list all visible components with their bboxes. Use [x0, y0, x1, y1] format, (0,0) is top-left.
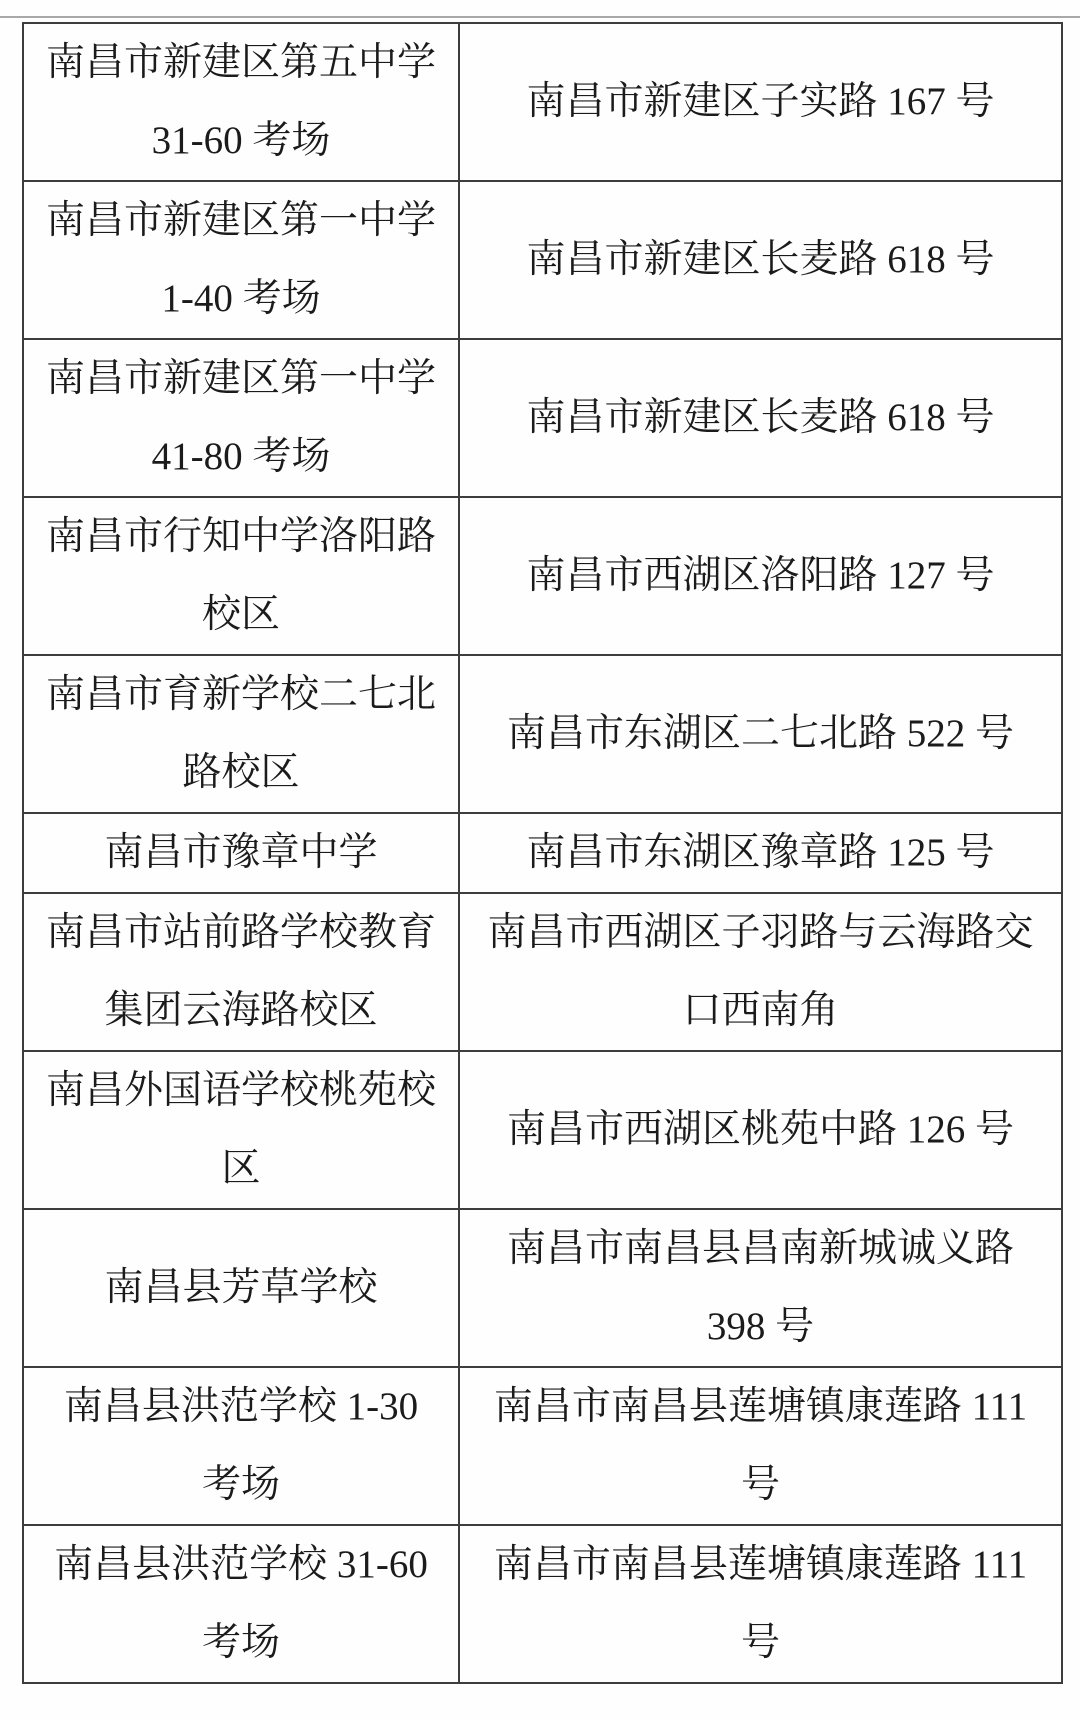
address-cell: 南昌市新建区长麦路 618 号: [459, 339, 1062, 497]
venue-cell: 南昌外国语学校桃苑校 区: [23, 1051, 459, 1209]
venue-cell: 南昌市站前路学校教育 集团云海路校区: [23, 893, 459, 1051]
venue-cell: 南昌市豫章中学: [23, 813, 459, 893]
venue-cell: 南昌县芳草学校: [23, 1209, 459, 1367]
document-page: 南昌市新建区第五中学 31-60 考场南昌市新建区子实路 167 号南昌市新建区…: [0, 0, 1080, 1719]
exam-venue-table: 南昌市新建区第五中学 31-60 考场南昌市新建区子实路 167 号南昌市新建区…: [22, 22, 1063, 1684]
address-cell: 南昌市西湖区子羽路与云海路交 口西南角: [459, 893, 1062, 1051]
venue-cell: 南昌市行知中学洛阳路 校区: [23, 497, 459, 655]
venue-cell: 南昌市新建区第五中学 31-60 考场: [23, 23, 459, 181]
venue-cell: 南昌市新建区第一中学 1-40 考场: [23, 181, 459, 339]
venue-cell: 南昌市育新学校二七北 路校区: [23, 655, 459, 813]
table-row: 南昌市新建区第五中学 31-60 考场南昌市新建区子实路 167 号: [23, 23, 1062, 181]
address-cell: 南昌市东湖区豫章路 125 号: [459, 813, 1062, 893]
table-row: 南昌市新建区第一中学 41-80 考场南昌市新建区长麦路 618 号: [23, 339, 1062, 497]
cropped-row-hairline: [0, 16, 1080, 18]
address-cell: 南昌市新建区长麦路 618 号: [459, 181, 1062, 339]
table-row: 南昌市豫章中学南昌市东湖区豫章路 125 号: [23, 813, 1062, 893]
address-cell: 南昌市新建区子实路 167 号: [459, 23, 1062, 181]
table-row: 南昌市行知中学洛阳路 校区南昌市西湖区洛阳路 127 号: [23, 497, 1062, 655]
address-cell: 南昌市南昌县昌南新城诚义路 398 号: [459, 1209, 1062, 1367]
table-row: 南昌市站前路学校教育 集团云海路校区南昌市西湖区子羽路与云海路交 口西南角: [23, 893, 1062, 1051]
address-cell: 南昌市西湖区洛阳路 127 号: [459, 497, 1062, 655]
address-cell: 南昌市东湖区二七北路 522 号: [459, 655, 1062, 813]
table-row: 南昌县洪范学校 1-30 考场南昌市南昌县莲塘镇康莲路 111 号: [23, 1367, 1062, 1525]
venue-cell: 南昌县洪范学校 1-30 考场: [23, 1367, 459, 1525]
venue-cell: 南昌县洪范学校 31-60 考场: [23, 1525, 459, 1683]
table-row: 南昌县芳草学校南昌市南昌县昌南新城诚义路 398 号: [23, 1209, 1062, 1367]
address-cell: 南昌市西湖区桃苑中路 126 号: [459, 1051, 1062, 1209]
venue-cell: 南昌市新建区第一中学 41-80 考场: [23, 339, 459, 497]
address-cell: 南昌市南昌县莲塘镇康莲路 111 号: [459, 1525, 1062, 1683]
table-row: 南昌外国语学校桃苑校 区南昌市西湖区桃苑中路 126 号: [23, 1051, 1062, 1209]
address-cell: 南昌市南昌县莲塘镇康莲路 111 号: [459, 1367, 1062, 1525]
table-row: 南昌市新建区第一中学 1-40 考场南昌市新建区长麦路 618 号: [23, 181, 1062, 339]
table-row: 南昌市育新学校二七北 路校区南昌市东湖区二七北路 522 号: [23, 655, 1062, 813]
table-row: 南昌县洪范学校 31-60 考场南昌市南昌县莲塘镇康莲路 111 号: [23, 1525, 1062, 1683]
